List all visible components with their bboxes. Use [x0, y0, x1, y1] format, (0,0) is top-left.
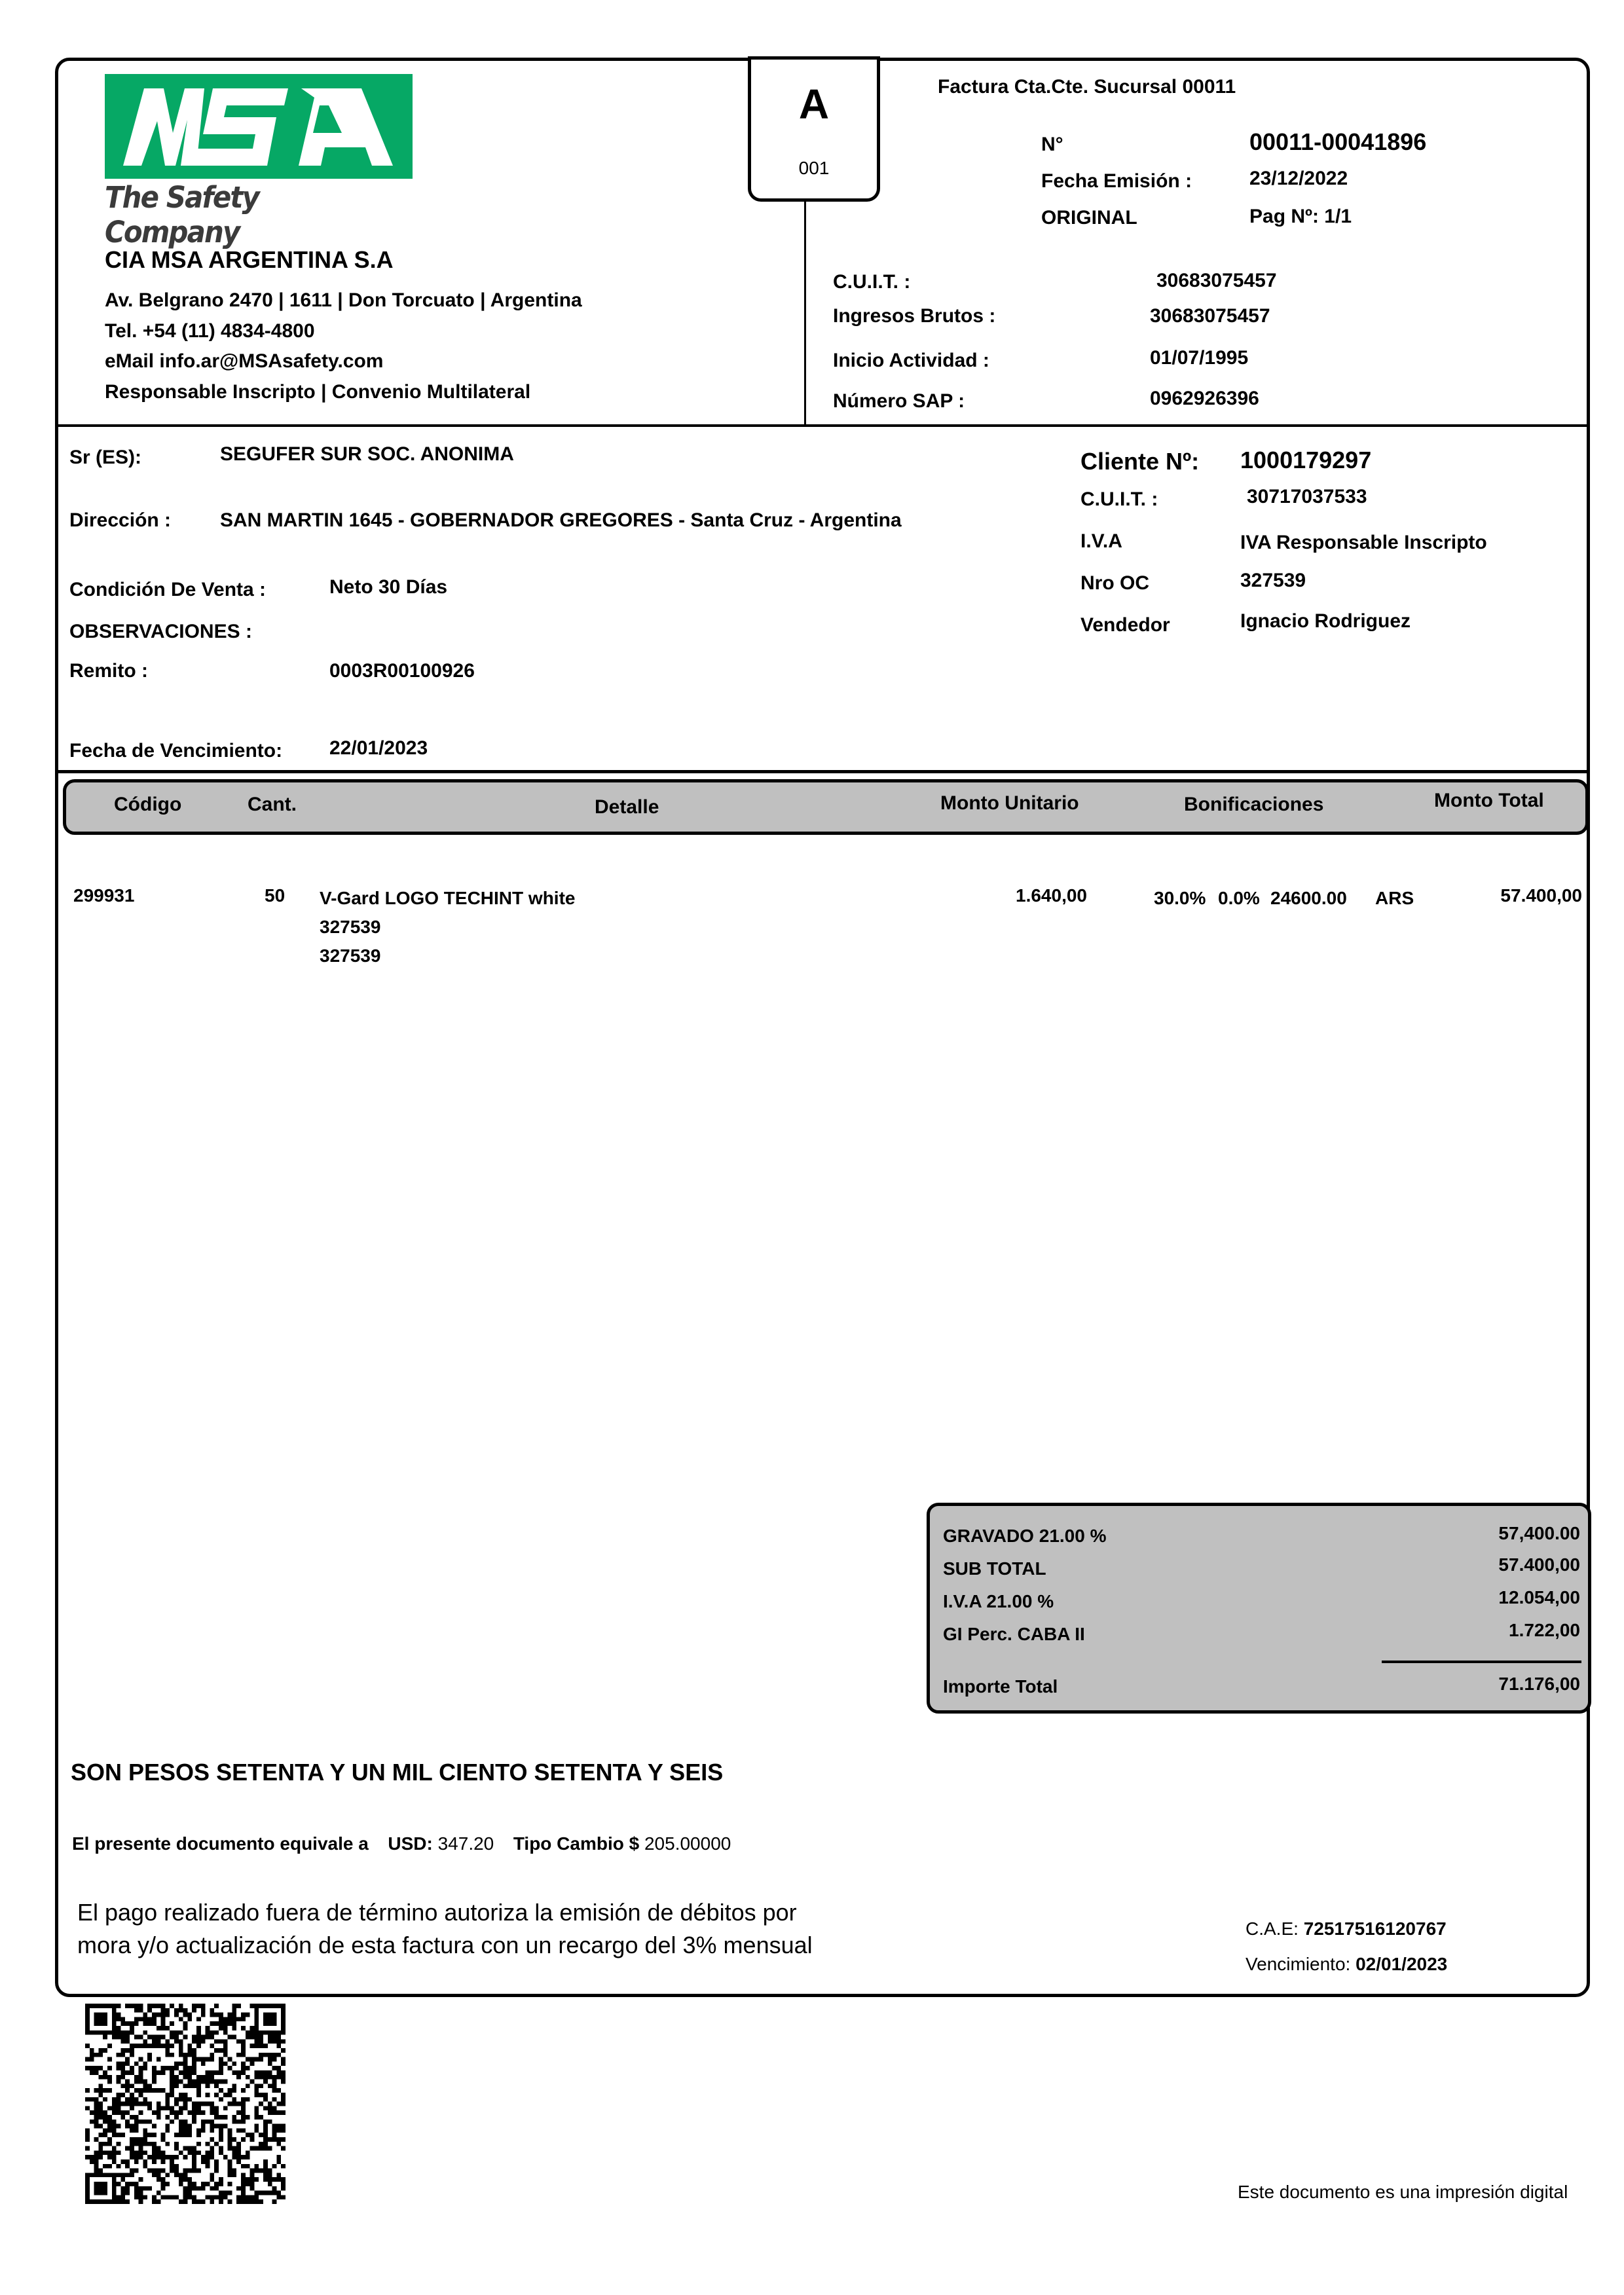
- company-address: Av. Belgrano 2470 | 1611 | Don Torcuato …: [105, 289, 582, 312]
- totals-value: 57.400,00: [1498, 1554, 1580, 1575]
- due-date: 22/01/2023: [329, 737, 428, 760]
- late-payment-notice-line-1: El pago realizado fuera de término autor…: [77, 1899, 797, 1926]
- start-activity-label: Inicio Actividad :: [833, 350, 989, 372]
- exchange-rate-value: 205.00000: [644, 1833, 731, 1854]
- item-detail-line: 327539: [320, 917, 380, 938]
- issue-date: 23/12/2022: [1249, 168, 1348, 190]
- totals-box: GRAVADO 21.00 % 57,400.00 SUB TOTAL 57.4…: [927, 1503, 1591, 1714]
- start-activity-date: 01/07/1995: [1150, 347, 1248, 369]
- customer-divider: [56, 770, 1590, 773]
- col-header-qty: Cant.: [248, 794, 297, 816]
- totals-value: 12.054,00: [1498, 1587, 1580, 1608]
- usd-value: 347.20: [438, 1833, 494, 1854]
- col-header-code: Código: [114, 794, 181, 816]
- due-date-label: Fecha de Vencimiento:: [69, 740, 282, 762]
- totals-underline: [1382, 1661, 1581, 1663]
- totals-value: 57,400.00: [1498, 1523, 1580, 1544]
- invoice-type-box: A 001: [748, 56, 880, 202]
- iibb-value: 30683075457: [1150, 305, 1270, 327]
- client-number-label: Cliente Nº:: [1080, 448, 1199, 475]
- item-code: 299931: [73, 885, 134, 906]
- cae-due-line: Vencimiento: 02/01/2023: [1246, 1954, 1447, 1975]
- item-unit-price: 1.640,00: [969, 885, 1087, 906]
- seller-name: Ignacio Rodriguez: [1240, 610, 1411, 633]
- cae-line: C.A.E: 72517516120767: [1246, 1919, 1447, 1939]
- qr-code-icon[interactable]: [85, 2004, 286, 2204]
- invoice-number-label: N°: [1041, 134, 1063, 156]
- amount-in-words: SON PESOS SETENTA Y UN MIL CIENTO SETENT…: [71, 1759, 723, 1786]
- item-total: 57.400,00: [1451, 885, 1582, 906]
- customer-name: SEGUFER SUR SOC. ANONIMA: [220, 443, 514, 466]
- customer-cuit-label: C.U.I.T. :: [1080, 488, 1158, 511]
- cae-due-label: Vencimiento:: [1246, 1954, 1350, 1974]
- sap-number-label: Número SAP :: [833, 390, 965, 413]
- invoice-code: 001: [751, 158, 877, 179]
- item-discount-amount: 24600.00: [1270, 888, 1347, 909]
- page-number: Pag Nº: 1/1: [1249, 206, 1352, 228]
- issuer-cuit: 30683075457: [1156, 270, 1277, 292]
- invoice-title: Factura Cta.Cte. Sucursal 00011: [938, 76, 1236, 98]
- sap-number: 0962926396: [1150, 388, 1259, 410]
- totals-label: I.V.A 21.00 %: [943, 1591, 1054, 1612]
- seller-label: Vendedor: [1080, 614, 1170, 636]
- col-header-detail: Detalle: [595, 796, 659, 818]
- total-value: 71.176,00: [1498, 1674, 1580, 1695]
- customer-cuit: 30717037533: [1247, 486, 1367, 508]
- cae-due-date: 02/01/2023: [1356, 1954, 1447, 1974]
- customer-address-label: Dirección :: [69, 509, 171, 532]
- totals-value: 1.722,00: [1509, 1620, 1580, 1641]
- logo-tagline: The Safety Company: [105, 180, 391, 249]
- client-number: 1000179297: [1240, 447, 1371, 474]
- header-vertical-divider: [804, 200, 806, 427]
- col-header-unit-price: Monto Unitario: [940, 792, 1079, 815]
- item-discount-2: 0.0%: [1218, 888, 1260, 909]
- totals-label: GI Perc. CABA II: [943, 1624, 1085, 1645]
- observations-label: OBSERVACIONES :: [69, 621, 252, 643]
- total-label: Importe Total: [943, 1676, 1058, 1697]
- company-phone: Tel. +54 (11) 4834-4800: [105, 320, 315, 342]
- col-header-total: Monto Total: [1434, 790, 1544, 812]
- sale-condition-label: Condición De Venta :: [69, 579, 266, 601]
- invoice-letter: A: [751, 80, 877, 128]
- sale-condition: Neto 30 Días: [329, 576, 447, 598]
- issuer-cuit-label: C.U.I.T. :: [833, 271, 910, 293]
- issue-date-label: Fecha Emisión :: [1041, 170, 1192, 193]
- iva-condition: IVA Responsable Inscripto: [1240, 532, 1487, 554]
- totals-label: GRAVADO 21.00 %: [943, 1526, 1106, 1547]
- totals-label: SUB TOTAL: [943, 1558, 1046, 1579]
- item-detail: V-Gard LOGO TECHINT white: [320, 888, 575, 909]
- iibb-label: Ingresos Brutos :: [833, 305, 995, 327]
- cae-label: C.A.E:: [1246, 1919, 1299, 1939]
- invoice-number: 00011-00041896: [1249, 128, 1426, 156]
- item-discount-1: 30.0%: [1154, 888, 1206, 909]
- usd-prefix: El presente documento equivale a: [72, 1833, 369, 1854]
- exchange-rate-label: Tipo Cambio $: [513, 1833, 639, 1854]
- company-tax-status: Responsable Inscripto | Convenio Multila…: [105, 381, 530, 403]
- usd-label: USD:: [388, 1833, 432, 1854]
- late-payment-notice-line-2: mora y/o actualización de esta factura c…: [77, 1932, 813, 1959]
- msa-logo-icon: [105, 74, 413, 179]
- remito-label: Remito :: [69, 660, 148, 682]
- copy-type: ORIGINAL: [1041, 207, 1137, 229]
- company-email[interactable]: eMail info.ar@MSAsafety.com: [105, 350, 383, 373]
- company-name: CIA MSA ARGENTINA S.A: [105, 246, 394, 274]
- col-header-discounts: Bonificaciones: [1184, 794, 1323, 816]
- item-qty: 50: [265, 885, 285, 906]
- customer-address: SAN MARTIN 1645 - GOBERNADOR GREGORES - …: [220, 509, 902, 532]
- item-currency: ARS: [1375, 888, 1414, 909]
- customer-name-label: Sr (ES):: [69, 447, 141, 469]
- msa-logo: The Safety Company: [105, 74, 413, 231]
- po-label: Nro OC: [1080, 572, 1149, 595]
- iva-label: I.V.A: [1080, 530, 1122, 553]
- remito-number: 0003R00100926: [329, 660, 475, 682]
- item-detail-line: 327539: [320, 946, 380, 966]
- usd-equivalence-line: El presente documento equivale a USD: 34…: [72, 1833, 731, 1854]
- digital-print-note: Este documento es una impresión digital: [1238, 2182, 1568, 2203]
- cae-number: 72517516120767: [1304, 1919, 1447, 1939]
- header-divider: [56, 424, 1590, 427]
- po-number: 327539: [1240, 570, 1306, 592]
